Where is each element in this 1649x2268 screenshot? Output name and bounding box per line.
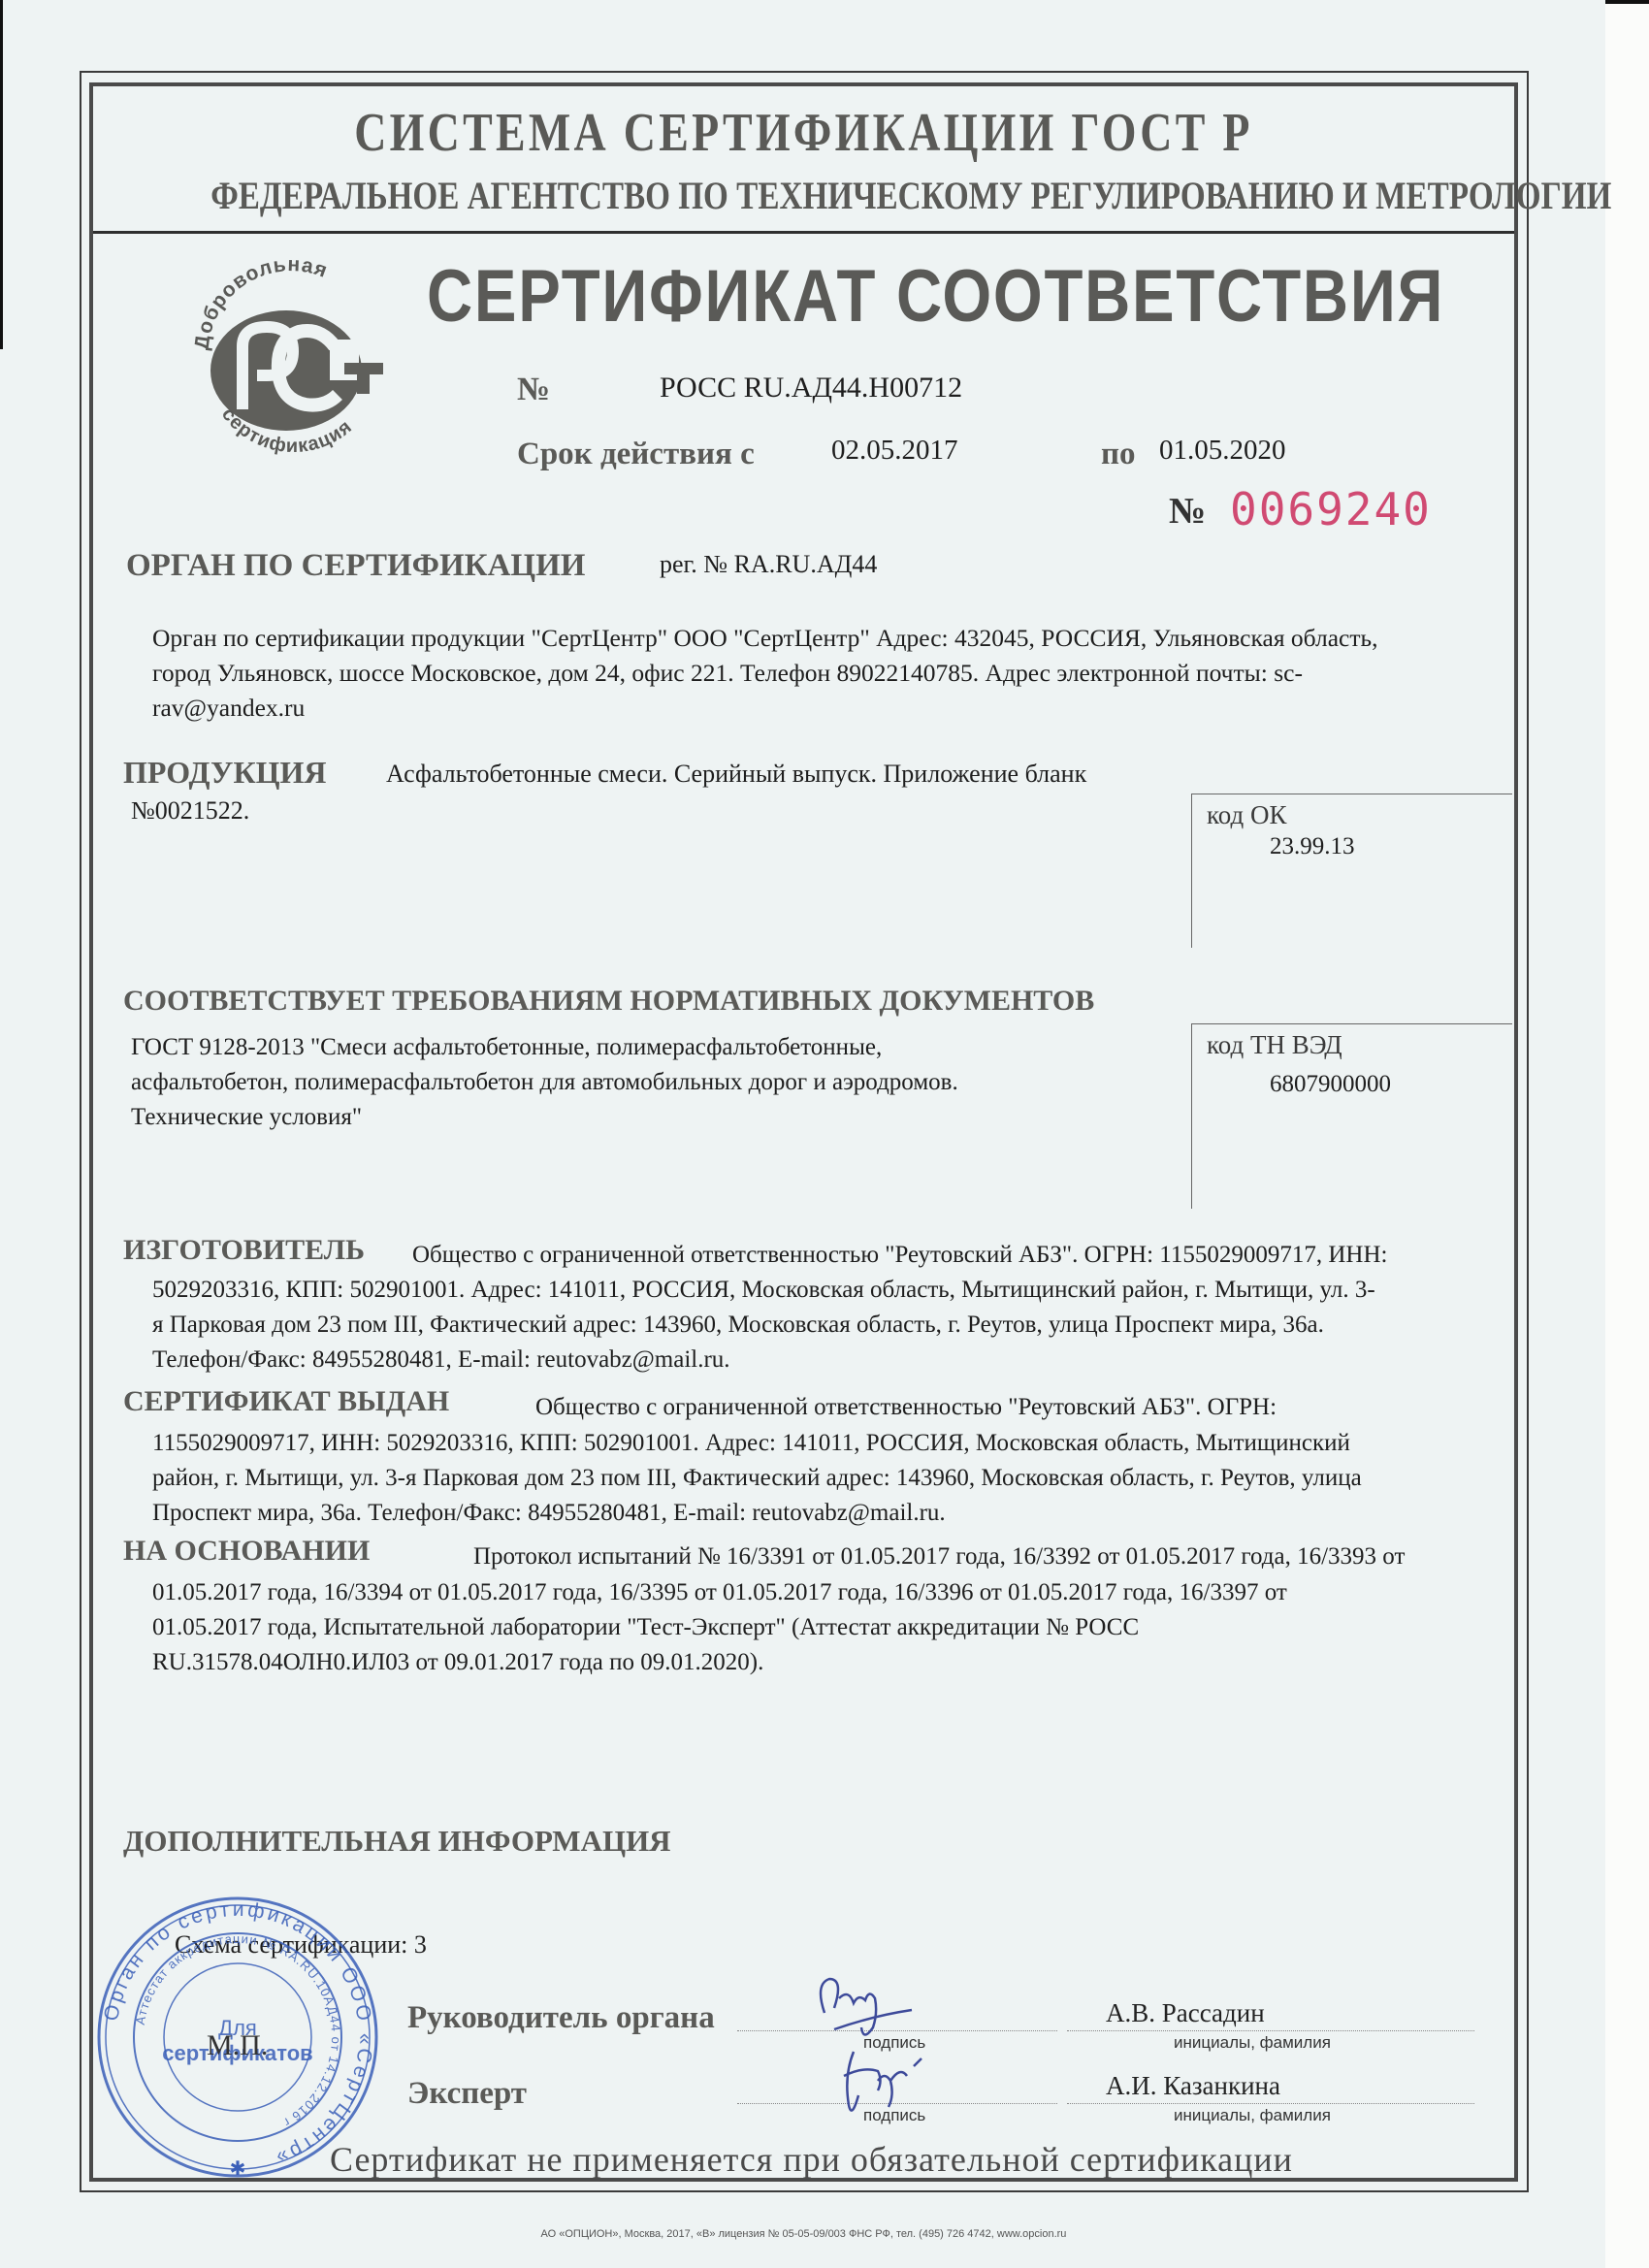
head-role-label: Руководитель органа bbox=[407, 2000, 715, 2036]
requirements-line: Технические условия" bbox=[131, 1100, 958, 1135]
scan-edge-top bbox=[1605, 0, 1649, 4]
seal-place-label: М.П. bbox=[207, 2029, 268, 2062]
svg-text:✱: ✱ bbox=[230, 2158, 246, 2180]
product-label: ПРОДУКЦИЯ bbox=[123, 755, 327, 791]
expert-name-caption: инициалы, фамилия bbox=[1174, 2106, 1331, 2125]
paper-edge bbox=[1605, 0, 1649, 2268]
certification-body-line: Орган по сертификации продукции "СертЦен… bbox=[152, 621, 1378, 656]
validity-label: Срок действия с bbox=[517, 437, 755, 472]
additional-info-label: ДОПОЛНИТЕЛЬНАЯ ИНФОРМАЦИЯ bbox=[123, 1824, 671, 1859]
agency-name: ФЕДЕРАЛЬНОЕ АГЕНТСТВО ПО ТЕХНИЧЕСКОМУ РЕ… bbox=[210, 173, 1397, 218]
okp-code-label: код ОК bbox=[1207, 800, 1286, 830]
requirements-label: СООТВЕТСТВУЕТ ТРЕБОВАНИЯМ НОРМАТИВНЫХ ДО… bbox=[123, 985, 1094, 1018]
requirements-line: асфальтобетон, полимерасфальтобетон для … bbox=[131, 1065, 958, 1100]
basis-first-line: Протокол испытаний № 16/3391 от 01.05.20… bbox=[473, 1539, 1405, 1574]
expert-name-line bbox=[1067, 2103, 1474, 2105]
basis-details: 01.05.2017 года, 16/3394 от 01.05.2017 г… bbox=[152, 1575, 1287, 1680]
basis-line: RU.31578.04ОЛН0.ИЛ03 от 09.01.2017 года … bbox=[152, 1645, 1287, 1680]
expert-name: А.И. Казанкина bbox=[1106, 2071, 1280, 2101]
requirements-text: ГОСТ 9128-2013 "Смеси асфальтобетонные, … bbox=[131, 1030, 958, 1135]
header-divider bbox=[93, 231, 1514, 234]
okp-code-box: код ОК 23.99.13 bbox=[1191, 794, 1512, 948]
tnved-code-value: 6807900000 bbox=[1270, 1071, 1391, 1098]
okp-code-value: 23.99.13 bbox=[1270, 833, 1355, 860]
printer-imprint: АО «ОПЦИОН», Москва, 2017, «В» лицензия … bbox=[89, 2228, 1518, 2240]
valid-from: 02.05.2017 bbox=[831, 435, 958, 467]
issued-to-details: 1155029009717, ИНН: 5029203316, КПП: 502… bbox=[152, 1426, 1362, 1531]
system-title: СИСТЕМА СЕРТИФИКАЦИИ ГОСТ Р bbox=[218, 102, 1390, 164]
manufacturer-label: ИЗГОТОВИТЕЛЬ bbox=[123, 1234, 365, 1267]
issued-to-first-line: Общество с ограниченной ответственностью… bbox=[535, 1390, 1277, 1425]
head-name-line bbox=[1067, 2030, 1474, 2032]
issued-to-line: Проспект мира, 36а. Телефон/Факс: 849552… bbox=[152, 1496, 1362, 1531]
scan-edge-left bbox=[0, 0, 3, 349]
manufacturer-line: 5029203316, КПП: 502901001. Адрес: 14101… bbox=[152, 1273, 1375, 1308]
product-text: Асфальтобетонные смеси. Серийный выпуск.… bbox=[386, 757, 1086, 792]
certification-body-reg-number: рег. № RA.RU.АД44 bbox=[660, 550, 877, 579]
basis-line: 01.05.2017 года, 16/3394 от 01.05.2017 г… bbox=[152, 1575, 1287, 1610]
manufacturer-first-line: Общество с ограниченной ответственностью… bbox=[412, 1238, 1387, 1273]
voluntary-disclaimer: Сертификат не применяется при обязательн… bbox=[330, 2139, 1293, 2180]
certification-body-label: ОРГАН ПО СЕРТИФИКАЦИИ bbox=[126, 548, 585, 584]
manufacturer-line: Телефон/Факс: 84955280481, E-mail: reuto… bbox=[152, 1343, 1375, 1377]
manufacturer-details: 5029203316, КПП: 502901001. Адрес: 14101… bbox=[152, 1273, 1375, 1377]
issued-to-line: 1155029009717, ИНН: 5029203316, КПП: 502… bbox=[152, 1426, 1362, 1461]
blank-serial-number: 0069240 bbox=[1230, 483, 1432, 535]
manufacturer-line: я Парковая дом 23 пом III, Фактический а… bbox=[152, 1308, 1375, 1343]
head-name-caption: инициалы, фамилия bbox=[1174, 2033, 1331, 2053]
issued-to-line: район, г. Мытищи, ул. 3-я Парковая дом 2… bbox=[152, 1461, 1362, 1496]
tnved-code-box: код ТН ВЭД 6807900000 bbox=[1191, 1023, 1512, 1209]
product-blank-number: №0021522. bbox=[131, 794, 249, 828]
certification-body-line: город Ульяновск, шоссе Московское, дом 2… bbox=[152, 656, 1378, 691]
issued-to-label: СЕРТИФИКАТ ВЫДАН bbox=[123, 1385, 449, 1418]
certification-body-details: Орган по сертификации продукции "СертЦен… bbox=[152, 621, 1378, 726]
basis-label: НА ОСНОВАНИИ bbox=[123, 1535, 370, 1568]
rst-voluntary-certification-logo-icon: Добровольная сертификация bbox=[184, 254, 398, 458]
certification-body-line: rav@yandex.ru bbox=[152, 691, 1378, 726]
basis-line: 01.05.2017 года, Испытательной лаборатор… bbox=[152, 1610, 1287, 1645]
requirements-line: ГОСТ 9128-2013 "Смеси асфальтобетонные, … bbox=[131, 1030, 958, 1065]
number-sign: № bbox=[517, 372, 550, 408]
head-name: А.В. Рассадин bbox=[1106, 1998, 1265, 2028]
blank-number-sign: № bbox=[1169, 490, 1206, 533]
expert-role-label: Эксперт bbox=[407, 2076, 527, 2112]
valid-to: 01.05.2020 bbox=[1159, 435, 1286, 467]
valid-to-label: по bbox=[1101, 437, 1136, 472]
document-title: СЕРТИФИКАТ СООТВЕТСТВИЯ bbox=[427, 254, 1444, 339]
certificate-number: РОСС RU.АД44.Н00712 bbox=[660, 372, 962, 405]
tnved-code-label: код ТН ВЭД bbox=[1207, 1030, 1342, 1060]
expert-signature-caption: подпись bbox=[863, 2106, 925, 2125]
